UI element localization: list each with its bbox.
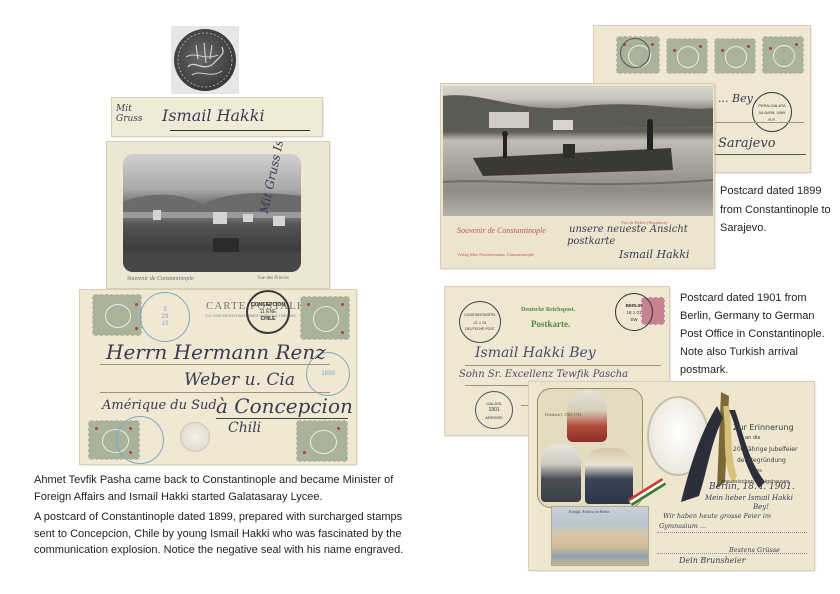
- seal-image: [171, 26, 239, 94]
- reichspost-header: Deutsche Reichspost.: [521, 307, 575, 313]
- signature-strip: Mit Gruss Ismail Hakki: [112, 98, 322, 136]
- commem-line-1: Zur Erinnerung: [733, 422, 813, 433]
- portrait-wilhelm: [585, 448, 633, 504]
- stamp-top-left: [92, 294, 142, 336]
- royal-palace-vignette: [551, 506, 649, 566]
- seal-disc: [174, 29, 236, 91]
- postmark-pera-galata: PERA-GALATA 04 AVRIL 1899 R.P.: [752, 92, 792, 132]
- boat-illustration: [443, 86, 713, 216]
- signature-underline: [170, 130, 310, 131]
- recipient-line-2: Weber u. Cia: [184, 370, 295, 390]
- reichspost-recipient-2: Sohn Sr. Excellenz Tewfik Pascha: [459, 369, 628, 380]
- view-card-title: Souvenir de Constantinople: [127, 276, 194, 282]
- signature-greeting: Mit Gruss: [116, 104, 146, 124]
- jubilee-postcard: Friedrich I. 1701-1713 Königl. Schloss i…: [529, 382, 814, 570]
- commemorative-text: Zur Erinnerung an die 200 jährige Jubelf…: [733, 422, 813, 488]
- jubilee-closing: Bestens Grüsse: [729, 546, 780, 554]
- address-rule-2: [100, 392, 330, 393]
- destination-country: Chili: [228, 420, 261, 436]
- stamp-3: [714, 38, 756, 74]
- stamp-2: [666, 38, 708, 74]
- postmark-stamp-cancel: [620, 38, 650, 68]
- postmark-galata-arrival: GALATA 1901 ARRIVEE: [475, 391, 513, 429]
- jubilee-body-2: Gymnasium ...: [659, 522, 706, 530]
- stamp-bottom-right: [296, 420, 348, 462]
- jubilee-date: Berlin, 18. I. 1901.: [709, 482, 795, 492]
- postmark-constantinopel-german: CONSTANTINOPEL 21 1 01 DEUTSCHE POST: [459, 301, 501, 343]
- reichspost-rule-1: [465, 365, 661, 366]
- portrait-frederick-great: [541, 444, 581, 502]
- caption-1899: Postcard dated 1899 from Constantinople …: [720, 182, 838, 238]
- caption-1901: Postcard dated 1901 from Berlin, Germany…: [680, 289, 838, 379]
- view-card-subtitle: Vue des Princes: [257, 276, 289, 281]
- boat-postcard: Souvenir de Constantinople Vue de Bebec …: [441, 84, 714, 268]
- signature-name: Ismail Hakki: [162, 106, 265, 125]
- address-postcard-chile: CARTE POSTALE Ce côté est exclusivement …: [80, 290, 356, 464]
- boat-card-publisher: Verlag Max Fruchtermann, Constantinople: [457, 252, 534, 257]
- commem-line-3: 200 jährige Jubelfeier: [733, 444, 813, 455]
- sarajevo-handwriting-3: Sarajevo: [718, 136, 776, 151]
- stamp-top-right: [300, 296, 350, 340]
- address-rule-1: [100, 364, 330, 365]
- destination-left: Amérique du Sud: [102, 398, 217, 413]
- calligraphy-icon: [174, 29, 236, 91]
- boat-handwriting-2: postkarte: [567, 236, 615, 247]
- postmark-blue-bottom: [116, 416, 164, 464]
- commem-line-5: des: [733, 466, 813, 477]
- caption-paragraph-2: A postcard of Constantinople dated 1899,…: [34, 509, 406, 559]
- recipient-line-1: Herrn Hermann Renz: [106, 340, 326, 364]
- portrait-label: Friedrich I. 1701-1713: [545, 412, 645, 417]
- destination-right: à Concepcion: [216, 394, 353, 418]
- boat-card-title: Souvenir de Constantinople: [457, 226, 546, 235]
- boat-handwriting-signature: Ismail Hakki: [619, 248, 690, 261]
- sarajevo-rule-2: [714, 154, 806, 155]
- stamp-4: [762, 36, 804, 74]
- reichspost-recipient-1: Ismail Hakki Bey: [475, 345, 596, 361]
- jubilee-salutation: Mein lieber Ismail Hakki: [705, 494, 793, 502]
- sarajevo-handwriting-1: ... Bey: [718, 92, 753, 105]
- view-postcard: Souvenir de Constantinople Vue des Princ…: [107, 142, 329, 288]
- sarajevo-rule-1: [714, 122, 804, 123]
- boat-handwriting-1: unsere neueste Ansicht: [569, 224, 688, 235]
- postmark-berlin: BERLIN 18 1 01 SW: [615, 293, 653, 331]
- left-caption: Ahmet Tevfik Pasha came back to Constant…: [34, 472, 406, 563]
- jubilee-signature: Dein Brunsheier: [679, 556, 746, 565]
- bosphorus-boat-photo: [443, 86, 713, 216]
- commem-line-4: der Begründung: [733, 455, 813, 466]
- caption-paragraph-1: Ahmet Tevfik Pasha came back to Constant…: [34, 472, 406, 505]
- negative-seal-impression: [180, 422, 210, 452]
- jubilee-salutation-bey: Bey!: [753, 503, 769, 511]
- postmark-concepcion: CONCEPCION 11 ENE CHILE: [246, 290, 290, 334]
- address-rule-3: [216, 418, 348, 419]
- jubilee-body-1: Wir haben heute grosse Feier im: [663, 512, 771, 520]
- commem-line-2: an die: [733, 433, 813, 444]
- postmark-blue-top: 32913: [140, 292, 190, 342]
- postkarte-title: Postkarte.: [531, 319, 570, 329]
- palace-label: Königl. Schloss in Berlin: [569, 509, 609, 514]
